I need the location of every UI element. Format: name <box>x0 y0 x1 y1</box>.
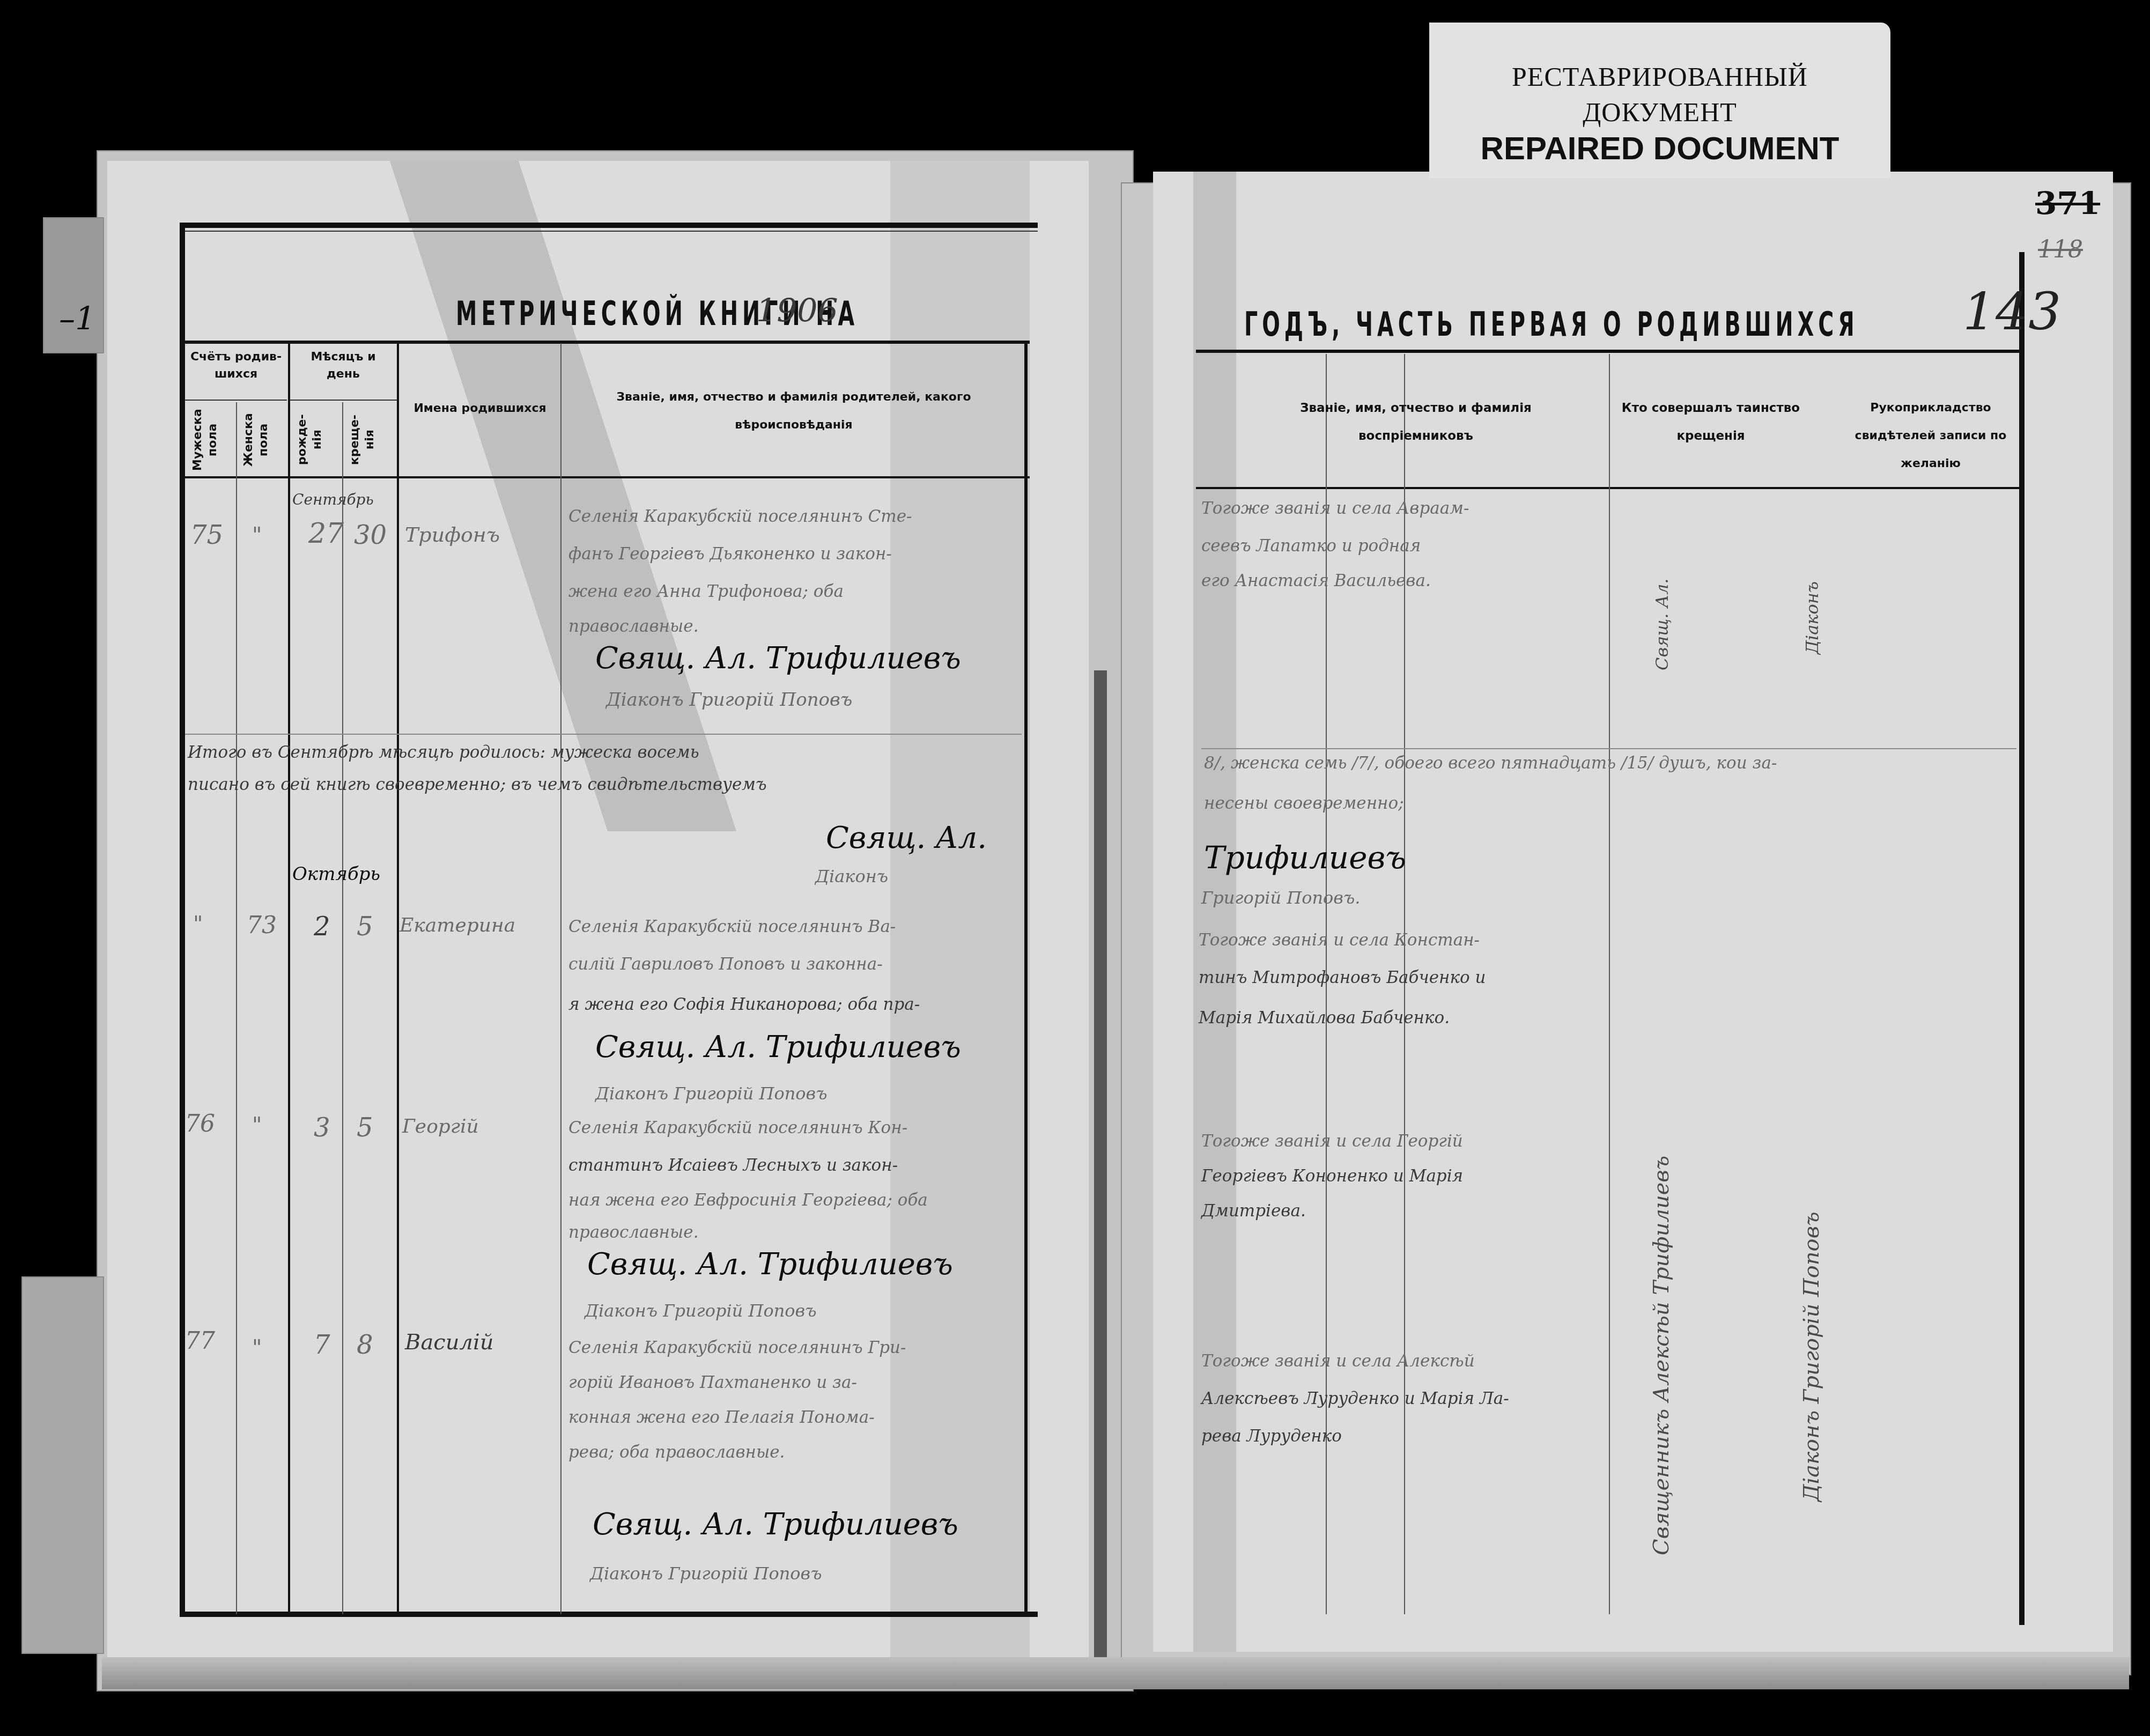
label-line-1: РЕСТАВРИРОВАННЫЙ <box>1429 59 1890 94</box>
header-parents: Званіе, имя, отчество и фамилія родителе… <box>574 383 1014 439</box>
entry-4-birth-day: 3 <box>314 1113 330 1143</box>
entry-1-female: " <box>252 523 262 548</box>
right-entry-5-godparents-line-2: Алексѣевъ Луруденко и Марія Ла- <box>1201 1389 1509 1408</box>
bottom-page-edges <box>102 1657 2129 1689</box>
header-female: Женска пола <box>241 408 284 472</box>
right-entry-5-godparents-line-1: Тогоже званія и села Алексѣй <box>1201 1351 1475 1371</box>
right-header-top-rule <box>1196 350 2022 353</box>
entry-4-signature-deacon: Діаконъ Григорій Поповъ <box>585 1301 817 1321</box>
right-entry-1-godparents-line-3: его Анастасія Васильева. <box>1201 571 1431 590</box>
col-divider-names-parents <box>560 343 561 1614</box>
right-row-rule-1 <box>1201 748 2016 749</box>
entry-4-parents-line-1: Селенія Каракубскій поселянинъ Кон- <box>568 1118 907 1137</box>
right-entry-4-godparents-line-1: Тогоже званія и села Георгій <box>1201 1132 1463 1151</box>
header-birth: рожде-нія <box>295 408 338 472</box>
right-entry-5-godparents-line-3: рева Луруденко <box>1201 1427 1342 1446</box>
right-summary-line-2: несены своевременно; <box>1204 794 1404 813</box>
right-col-divider-3 <box>1609 354 1610 1614</box>
right-entry-3-officiant-2: Діаконъ Григорій Поповъ <box>1799 890 1824 1502</box>
right-entry-1-godparents-line-2: сеевъ Лапатко и родная <box>1201 536 1421 556</box>
entry-3-parents-line-2: силій Гавриловъ Поповъ и законна- <box>568 955 883 974</box>
header-witness: Рукоприкладство свидѣтелей записи по жел… <box>1845 394 2016 478</box>
entry-1-parents-line-1: Селенія Каракубскій поселянинъ Сте- <box>568 507 912 526</box>
right-summary-signature-deacon: Григорій Поповъ. <box>1201 888 1360 908</box>
right-summary-signature: Трифилиевъ <box>1204 839 1406 876</box>
entry-5-male: 77 <box>185 1327 215 1355</box>
summary-line-1: Итого въ Сентябрѣ мѣсяцѣ родилось: мужес… <box>188 743 699 762</box>
entry-1-signature-deacon: Діаконъ Григорій Поповъ <box>606 689 853 711</box>
entry-1-male: 75 <box>190 520 223 550</box>
entry-3-female: 73 <box>247 912 277 939</box>
header-names: Имена родившихся <box>400 400 560 418</box>
left-right-edge <box>1024 343 1028 1614</box>
left-header-sub-rule-2 <box>290 400 397 401</box>
entry-5-parents-line-2: горій Ивановъ Пахтаненко и за- <box>568 1373 857 1392</box>
right-entry-1-officiant-2: Діаконъ <box>1802 547 1822 654</box>
entry-1-baptism-day: 30 <box>354 520 387 550</box>
summary-signature-priest: Свящ. Ал. <box>826 821 987 855</box>
entry-1-month: Сентябрь <box>292 491 374 508</box>
gutter-tear <box>1094 670 1107 1689</box>
entry-4-parents-line-2: стантинъ Исаіевъ Лесныхъ и закон- <box>568 1156 898 1175</box>
entry-3-signature-priest: Свящ. Ал. Трифилиевъ <box>595 1030 961 1065</box>
right-summary-line-1: 8/, женска семь /7/, обоего всего пятнад… <box>1204 754 1777 773</box>
entry-3-birth-day: 2 <box>314 912 330 942</box>
entry-3-parents-line-1: Селенія Каракубскій поселянинъ Ва- <box>568 917 896 936</box>
entry-5-name: Василій <box>405 1330 493 1355</box>
summary-line-2: писано въ сей книгѣ своевременно; въ чем… <box>188 775 767 794</box>
header-godparents: Званіе, имя, отчество и фамилія воспріем… <box>1250 394 1582 450</box>
entry-1-name: Трифонъ <box>405 523 500 546</box>
entry-4-parents-line-4: православные. <box>568 1223 699 1242</box>
entry-4-baptism-day: 5 <box>357 1113 373 1143</box>
entry-3-month: Октябрь <box>292 863 380 885</box>
left-page-tab-bottom <box>21 1276 104 1654</box>
header-baptism: креще-нія <box>348 408 390 472</box>
entry-4-female: " <box>252 1113 262 1137</box>
right-entry-3-godparents-line-2: тинъ Митрофановъ Бабченко и <box>1199 968 1486 987</box>
label-line-3: REPAIRED DOCUMENT <box>1429 130 1890 167</box>
entry-4-name: Георгій <box>402 1116 479 1137</box>
right-entry-4-godparents-line-3: Дмитріева. <box>1201 1201 1306 1221</box>
page-number-stamp: 371 <box>2035 185 2100 221</box>
entry-4-parents-line-3: ная жена его Евфросинія Георгіева; оба <box>568 1191 928 1210</box>
entry-5-parents-line-3: конная жена его Пелагія Понома- <box>568 1408 875 1427</box>
right-entry-3-godparents-line-3: Марія Михайлова Бабченко. <box>1199 1008 1450 1028</box>
folio-number: 143 <box>1963 282 2061 342</box>
entry-3-baptism-day: 5 <box>357 912 373 942</box>
repaired-document-label: РЕСТАВРИРОВАННЫЙ ДОКУМЕНТ REPAIRED DOCUM… <box>1429 23 1890 178</box>
entry-5-signature-deacon: Діаконъ Григорій Поповъ <box>590 1563 822 1584</box>
left-header-bottom-rule <box>185 476 1030 478</box>
col-divider-birth-baptism <box>342 402 343 1614</box>
col-divider-count-date <box>288 343 290 1614</box>
entry-5-signature-priest: Свящ. Ал. Трифилиевъ <box>593 1507 958 1542</box>
right-page-title: ГОДЪ, ЧАСТЬ ПЕРВАЯ О РОДИВШИХСЯ <box>1244 306 1859 344</box>
entry-3-male: " <box>193 912 203 936</box>
entry-3-parents-line-3: я жена его Софія Никанорова; оба пра- <box>568 995 920 1014</box>
right-entry-3-godparents-line-1: Тогоже званія и села Констан- <box>1199 930 1480 950</box>
left-header-sub-rule-1 <box>185 400 287 401</box>
col-divider-male-female <box>236 402 237 1614</box>
right-entry-4-godparents-line-2: Георгіевъ Кононенко и Марія <box>1201 1166 1463 1186</box>
entry-3-signature-deacon: Діаконъ Григорій Поповъ <box>595 1083 828 1104</box>
header-date-group: Мѣсяцъ и день <box>292 349 394 383</box>
entry-1-birth-day: 27 <box>308 518 344 550</box>
label-line-2: ДОКУМЕНТ <box>1429 94 1890 130</box>
left-page-year: 1906 <box>756 292 838 330</box>
summary-signature-deacon: Діаконъ <box>815 866 888 887</box>
col-divider-date-names <box>397 343 399 1614</box>
left-header-top-rule <box>185 341 1030 344</box>
header-count-group: Счётъ родив-шихся <box>185 349 287 383</box>
entry-5-female: " <box>252 1335 262 1360</box>
entry-4-male: 76 <box>185 1110 215 1137</box>
entry-5-baptism-day: 8 <box>357 1330 373 1360</box>
header-male: Мужеска пола <box>190 408 233 472</box>
entry-5-birth-day: 7 <box>314 1330 330 1360</box>
entry-1-parents-line-3: жена его Анна Трифонова; оба <box>568 582 844 601</box>
entry-3-name: Екатерина <box>400 914 515 936</box>
margin-mark: –1 <box>59 300 95 338</box>
right-entry-1-officiant: Свящ. Ал. <box>1652 493 1672 670</box>
left-row-rule-1 <box>185 734 1022 735</box>
entry-5-parents-line-1: Селенія Каракубскій поселянинъ Гри- <box>568 1338 906 1357</box>
right-entry-3-officiant: Священникъ Алексѣй Трифилиевъ <box>1649 912 1674 1555</box>
entry-1-parents-line-2: фанъ Георгіевъ Дьяконенко и закон- <box>568 544 892 564</box>
entry-5-parents-line-4: рева; оба православные. <box>568 1443 785 1462</box>
entry-1-signature-priest: Свящ. Ал. Трифилиевъ <box>595 641 961 676</box>
right-entry-1-godparents-line-1: Тогоже званія и села Авраам- <box>1201 499 1469 518</box>
old-page-number-struck: 118 <box>2038 236 2083 263</box>
entry-4-signature-priest: Свящ. Ал. Трифилиевъ <box>587 1247 953 1282</box>
header-officiant: Кто совершалъ таинство крещенія <box>1620 394 1802 450</box>
entry-1-parents-line-4: православные. <box>568 617 699 636</box>
left-inner-top <box>185 231 1038 232</box>
